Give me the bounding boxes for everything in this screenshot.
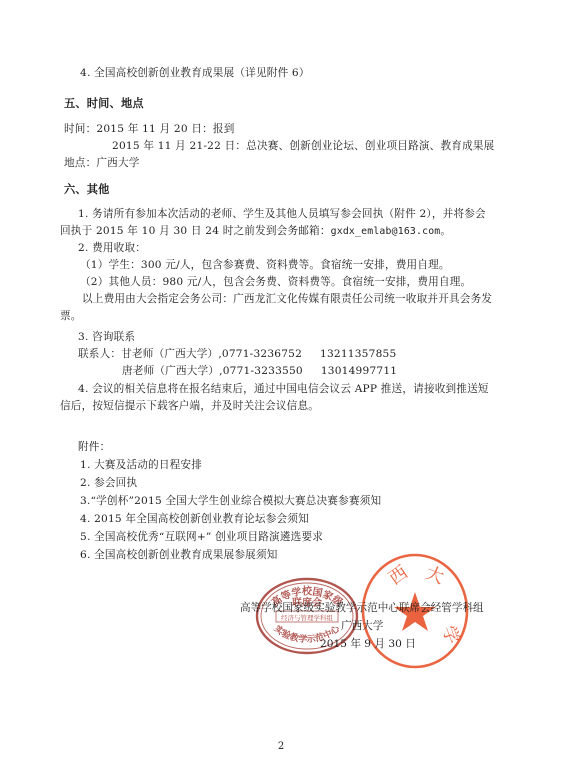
time-line-1: 时间：2015 年 11 月 20 日：报到 xyxy=(64,122,235,136)
paragraph-1-line-1: 1. 务请所有参加本次活动的老师、学生及其他人员填写参会回执（附件 2），并将参… xyxy=(78,207,486,221)
contact-mobile: 13211357855 xyxy=(320,348,396,360)
page-number: 2 xyxy=(0,741,562,752)
paragraph-4-line-1: 4. 会议的相关信息将在报名结束后，通过中国电信会议云 APP 推送，请接收到推… xyxy=(78,382,489,396)
svg-text:西: 西 xyxy=(385,562,412,590)
time-line-2: 2015 年 11 月 21-22 日：总决赛、创新创业论坛、创业项目路演、教育… xyxy=(112,139,494,153)
contact-heading: 3. 咨询联系 xyxy=(78,330,135,344)
attachment-item: 4. 2015 年全国高校创新创业教育论坛参会须知 xyxy=(80,512,309,526)
location-line: 地点：广西大学 xyxy=(64,156,140,170)
contacts-label: 联系人： xyxy=(78,348,121,360)
fee-others: （2）其他人员：980 元/人，包含会务费、资料费等。食宿统一安排，费用自理。 xyxy=(80,275,471,289)
signature-date: 2015 年 9 月 30 日 xyxy=(320,637,416,651)
contact-name: 甘老师（广西大学） xyxy=(121,348,218,360)
attachment-item: 6. 全国高校创新创业教育成果展参展须知 xyxy=(80,548,278,562)
item-4-exhibition: 4. 全国高校创新创业教育成果展（详见附件 6） xyxy=(80,66,310,80)
attachment-item: 5. 全国高校优秀“互联网+” 创业项目路演遴选要求 xyxy=(80,530,323,544)
attachments-heading: 附件： xyxy=(78,440,110,454)
signature-org-2: 广西大学 xyxy=(341,619,383,633)
contact-row-1: 联系人：甘老师（广西大学）,0771-323675213211357855 xyxy=(78,347,396,361)
time-checkin: 2015 年 11 月 20 日：报到 xyxy=(96,123,234,135)
signature-org-1: 高等学校国家级实验教学示范中心联席会经管学科组 xyxy=(240,601,484,615)
contact-phone: ,0771-3233550 xyxy=(219,365,303,377)
fee-students: （1）学生：300 元/人，包含参赛费、资料费等。食宿统一安排，费用自理。 xyxy=(80,258,450,272)
paragraph-1-line-2: 回执于 2015 年 10 月 30 日 24 时之前发到会务邮箱：gxdx_e… xyxy=(60,224,451,239)
svg-text:学: 学 xyxy=(438,623,464,647)
email-link[interactable]: gxdx_emlab@163.com xyxy=(331,226,441,237)
attachment-item: 3.“学创杯”2015 全国大学生创业综合模拟大赛总决赛参赛须知 xyxy=(80,494,381,508)
attachment-item: 2. 参会回执 xyxy=(80,476,137,490)
fee-note-line-2: 票。 xyxy=(60,309,82,323)
fees-heading: 2. 费用收取： xyxy=(78,241,146,255)
contact-row-2: 唐老师（广西大学）,0771-323355013014997711 xyxy=(122,364,397,378)
document-page: 4. 全国高校创新创业教育成果展（详见附件 6） 五、时间、地点 时间：2015… xyxy=(0,0,562,759)
time-label: 时间： xyxy=(64,123,96,135)
section-6-heading: 六、其他 xyxy=(64,182,110,196)
svg-text:大: 大 xyxy=(423,563,447,589)
paragraph-4-line-2: 信后，按短信提示下载客户端，并及时关注会议信息。 xyxy=(60,399,319,413)
section-5-heading: 五、时间、地点 xyxy=(64,96,144,110)
contact-mobile: 13014997711 xyxy=(321,365,397,377)
contact-name: 唐老师（广西大学） xyxy=(122,365,219,377)
attachment-item: 1. 大赛及活动的日程安排 xyxy=(80,458,202,472)
fee-note-line-1: 以上费用由大会指定会务公司：广西龙汇文化传媒有限责任公司统一收取并开具会务发 xyxy=(82,292,492,306)
contact-phone: ,0771-3236752 xyxy=(218,348,302,360)
